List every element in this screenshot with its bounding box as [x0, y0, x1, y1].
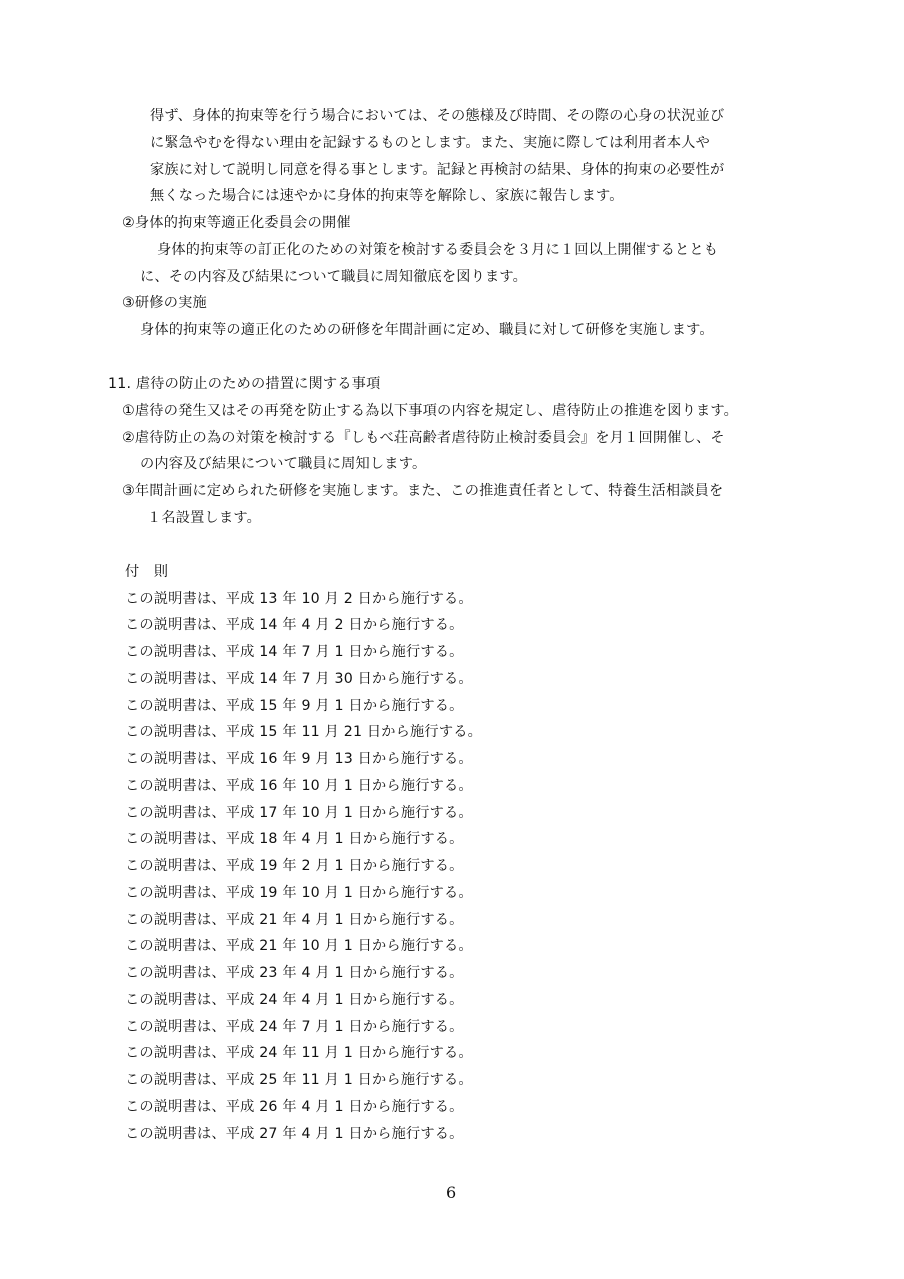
enforcement-entry: この説明書は、平成 13 年 10 月 2 日から施行する。 [125, 589, 473, 609]
paragraph-line: 家族に対して説明し同意を得る事とします。記録と再検討の結果、身体的拘束の必要性が [150, 160, 724, 180]
paragraph-line: 得ず、身体的拘束等を行う場合においては、その態様及び時間、その際の心身の状況並び [150, 106, 724, 126]
enforcement-entry: この説明書は、平成 24 年 7 月 1 日から施行する。 [125, 1017, 464, 1037]
section-heading: 11. 虐待の防止のための措置に関する事項 [108, 374, 380, 394]
enforcement-entry: この説明書は、平成 14 年 7 月 1 日から施行する。 [125, 642, 464, 662]
enforcement-entry: この説明書は、平成 15 年 11 月 21 日から施行する。 [125, 722, 482, 742]
enforcement-entry: この説明書は、平成 21 年 10 月 1 日から施行する。 [125, 936, 473, 956]
enforcement-entry: この説明書は、平成 24 年 11 月 1 日から施行する。 [125, 1043, 473, 1063]
section-item: １名設置します。 [147, 508, 261, 528]
enforcement-entry: この説明書は、平成 19 年 10 月 1 日から施行する。 [125, 883, 473, 903]
enforcement-entry: この説明書は、平成 16 年 9 月 13 日から施行する。 [125, 749, 473, 769]
paragraph-line: 無くなった場合には速やかに身体的拘束等を解除し、家族に報告します。 [150, 186, 624, 206]
supplementary-heading: 付 則 [125, 562, 168, 582]
enforcement-entry: この説明書は、平成 24 年 4 月 1 日から施行する。 [125, 990, 464, 1010]
section-item: の内容及び結果について職員に周知します。 [140, 454, 426, 474]
enforcement-entry: この説明書は、平成 17 年 10 月 1 日から施行する。 [125, 803, 473, 823]
paragraph-line: に緊急やむを得ない理由を記録するものとします。また、実施に際しては利用者本人や [150, 133, 710, 153]
enforcement-entry: この説明書は、平成 18 年 4 月 1 日から施行する。 [125, 829, 464, 849]
enforcement-entry: この説明書は、平成 19 年 2 月 1 日から施行する。 [125, 856, 464, 876]
page-number: 6 [446, 1183, 456, 1202]
enforcement-entry: この説明書は、平成 26 年 4 月 1 日から施行する。 [125, 1097, 464, 1117]
paragraph-line: 身体的拘束等の訂正化のための対策を検討する委員会を３月に１回以上開催するととも [157, 240, 718, 260]
section-item: ③年間計画に定められた研修を実施します。また、この推進責任者として、特養生活相談… [122, 481, 723, 501]
item-heading: ②身体的拘束等適正化委員会の開催 [122, 213, 351, 233]
enforcement-entry: この説明書は、平成 16 年 10 月 1 日から施行する。 [125, 776, 473, 796]
enforcement-entry: この説明書は、平成 21 年 4 月 1 日から施行する。 [125, 910, 464, 930]
paragraph-line: に、その内容及び結果について職員に周知徹底を図ります。 [140, 267, 527, 287]
enforcement-entry: この説明書は、平成 23 年 4 月 1 日から施行する。 [125, 963, 464, 983]
enforcement-entry: この説明書は、平成 14 年 7 月 30 日から施行する。 [125, 669, 473, 689]
enforcement-entry: この説明書は、平成 25 年 11 月 1 日から施行する。 [125, 1070, 473, 1090]
item-heading: ③研修の実施 [122, 293, 207, 313]
section-item: ①虐待の発生又はその再発を防止する為以下事項の内容を規定し、虐待防止の推進を図り… [122, 401, 738, 421]
enforcement-entry: この説明書は、平成 14 年 4 月 2 日から施行する。 [125, 615, 464, 635]
enforcement-entry: この説明書は、平成 15 年 9 月 1 日から施行する。 [125, 696, 464, 716]
enforcement-entry: この説明書は、平成 27 年 4 月 1 日から施行する。 [125, 1124, 464, 1144]
section-item: ②虐待防止の為の対策を検討する『しもべ荘高齢者虐待防止検討委員会』を月１回開催し… [122, 428, 725, 448]
paragraph-line: 身体的拘束等の適正化のための研修を年間計画に定め、職員に対して研修を実施します。 [140, 320, 714, 340]
